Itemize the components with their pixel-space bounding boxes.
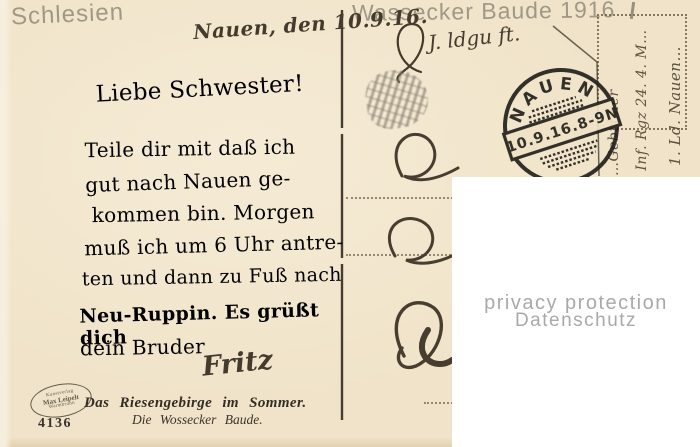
message-line: kommen bin. Morgen	[92, 199, 315, 227]
card-number: 4136	[38, 416, 72, 432]
message-line: Teile dir mit daß ich	[84, 135, 295, 163]
message-line: dein Bruder	[80, 334, 205, 360]
pencil-region-annotation: Schlesien	[10, 0, 124, 31]
postcard-scan: Schlesien Wassecker Baude 1916 Nauen, de…	[0, 0, 700, 447]
message-line: gut nach Nauen ge-	[85, 166, 291, 197]
message-line: Liebe Schwester!	[95, 71, 304, 108]
caption-subtitle: Die Wossecker Baude.	[132, 412, 263, 428]
message-line: muß ich um 6 Uhr antre-	[84, 230, 344, 261]
ink-notation: J. ldgu ft.	[427, 21, 521, 55]
message-line: ten und dann zu Fuß nach	[82, 264, 342, 291]
privacy-overlay-text-de: Datenschutz	[515, 310, 637, 332]
handwritten-message: Liebe Schwester! Teile dir mit daß ich g…	[75, 72, 355, 387]
privacy-protection-overlay: privacy protection Datenschutz	[452, 177, 700, 447]
sender-note-vertical: 1. Ld. Nauen…	[666, 46, 684, 166]
caption-title: Das Riesengebirge im Sommer.	[84, 395, 307, 412]
address-ruling-line	[424, 402, 453, 404]
